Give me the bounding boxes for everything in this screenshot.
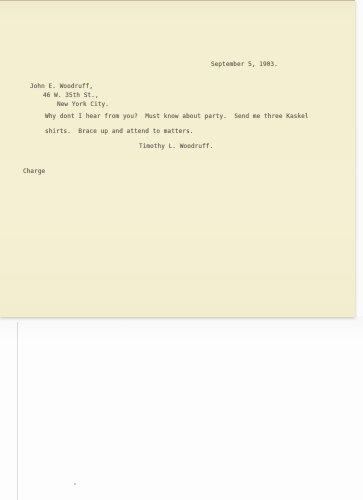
scan-speck	[74, 483, 76, 485]
recipient-city: New York City.	[57, 101, 109, 108]
signature-line: Timothy L. Woodruff.	[139, 143, 213, 150]
backing-sheet	[0, 316, 363, 500]
body-line-2: shirts. Brace up and attend to matters.	[45, 128, 194, 135]
recipient-name: John E. Woodruff,	[30, 83, 93, 90]
charge-notation: Charge	[23, 168, 45, 175]
scanned-letter-page: September 5, 1903. John E. Woodruff, 46 …	[0, 0, 363, 500]
body-line-1: Why dont I hear from you? Must know abou…	[45, 113, 309, 120]
letter-paper: September 5, 1903. John E. Woodruff, 46 …	[0, 0, 355, 317]
date-line: September 5, 1903.	[211, 61, 278, 68]
backing-sheet-edge	[17, 322, 18, 500]
recipient-street: 46 W. 35th St.,	[43, 92, 99, 99]
